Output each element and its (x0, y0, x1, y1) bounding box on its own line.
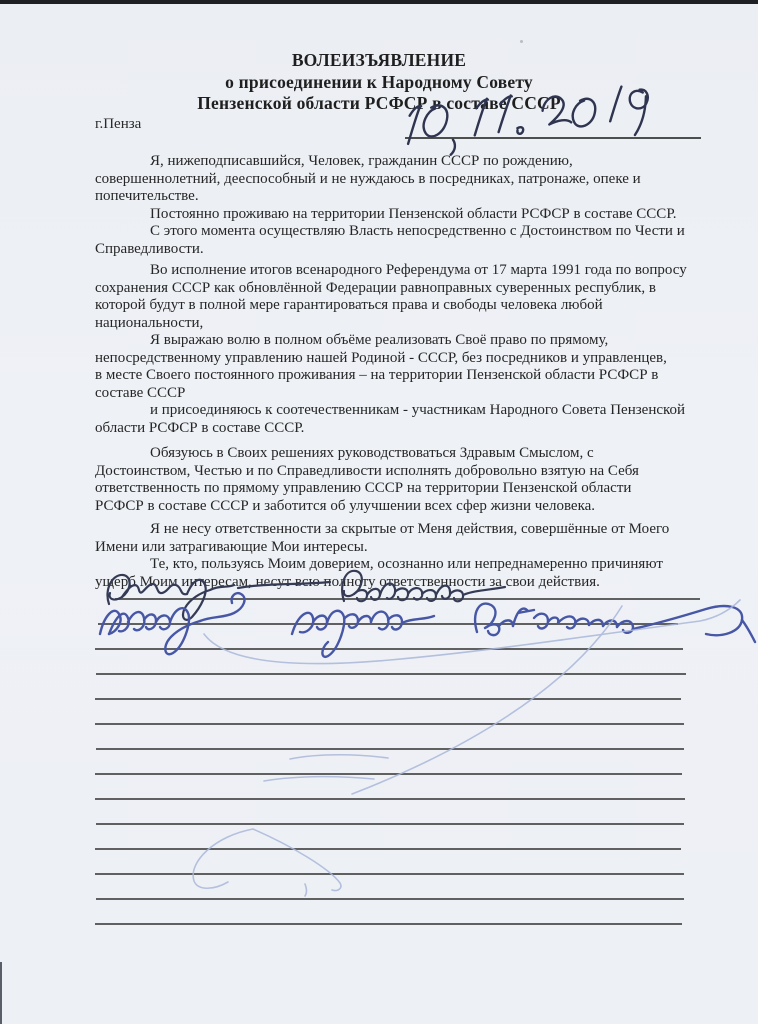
signature-ruled-line (98, 623, 678, 625)
text-line: Во исполнение итогов всенародного Рефере… (95, 262, 685, 280)
title-line-2: о присоединении к Народному Совету (0, 72, 758, 94)
scanned-document-page: ВОЛЕИЗЪЯВЛЕНИЕ о присоединении к Народно… (0, 0, 758, 1024)
signature-ruled-line (96, 748, 684, 750)
signature-ruled-line (95, 773, 682, 775)
signature-ruled-line (95, 923, 682, 925)
signature-ruled-line (96, 898, 684, 900)
text-line: Я, нижеподписавшийся, Человек, гражданин… (95, 153, 685, 171)
text-line: Обязуюсь в Своих решениях руководствоват… (95, 445, 685, 463)
text-line: и присоединяюсь к соотечественникам - уч… (95, 402, 685, 420)
text-line: национальности, (95, 315, 685, 333)
document-body: Я, нижеподписавшийся, Человек, гражданин… (95, 153, 685, 591)
text-line: непосредственному управлению нашей Родин… (95, 350, 685, 368)
title-line-3: Пензенской области РСФСР в составе СССР (0, 93, 758, 115)
text-line: РСФСР в составе СССР и заботится об улуч… (95, 498, 685, 516)
signature-ruled-line (95, 798, 685, 800)
text-line: ответственность по прямому управлению СС… (95, 480, 685, 498)
signature-ruled-line (96, 823, 684, 825)
text-line: которой будут в полной мере гарантироват… (95, 297, 685, 315)
signature-ruled-line (95, 848, 681, 850)
text-line: Имени или затрагивающие Мои интересы. (95, 539, 685, 557)
text-line: Постоянно проживаю на территории Пензенс… (95, 206, 685, 224)
text-line: составе СССР (95, 385, 685, 403)
document-title: ВОЛЕИЗЪЯВЛЕНИЕ о присоединении к Народно… (0, 50, 758, 115)
text-line: совершеннолетний, дееспособный и не нужд… (95, 171, 685, 189)
text-line: ущерб Моим интересам, несут всю полноту … (95, 574, 685, 592)
text-line: Те, кто, пользуясь Моим доверием, осозна… (95, 556, 685, 574)
text-line: Я не несу ответственности за скрытые от … (95, 521, 685, 539)
scan-edge-artifact-left (0, 962, 2, 1024)
title-line-1: ВОЛЕИЗЪЯВЛЕНИЕ (0, 50, 758, 72)
text-line: Справедливости. (95, 241, 685, 259)
text-line: Я выражаю волю в полном объёме реализова… (95, 332, 685, 350)
text-line: Достоинством, Честью и по Справедливости… (95, 463, 685, 481)
date-underline (405, 137, 701, 139)
text-line: попечительстве. (95, 188, 685, 206)
signature-ruled-line (95, 698, 681, 700)
signature-ruled-line (95, 873, 684, 875)
text-line: сохранения СССР как обновлённой Федераци… (95, 280, 685, 298)
text-line: области РСФСР в составе СССР. (95, 420, 685, 438)
signature-ruled-line (95, 723, 684, 725)
city-label: г.Пенза (95, 116, 141, 133)
text-line: С этого момента осуществляю Власть непос… (95, 223, 685, 241)
signature-ruled-line (95, 648, 683, 650)
text-line: в месте Своего постоянного проживания – … (95, 367, 685, 385)
signature-ruled-line (115, 598, 700, 600)
signature-ruled-line (96, 673, 686, 675)
scan-edge-artifact-top (0, 0, 758, 4)
scan-speck (520, 40, 523, 43)
